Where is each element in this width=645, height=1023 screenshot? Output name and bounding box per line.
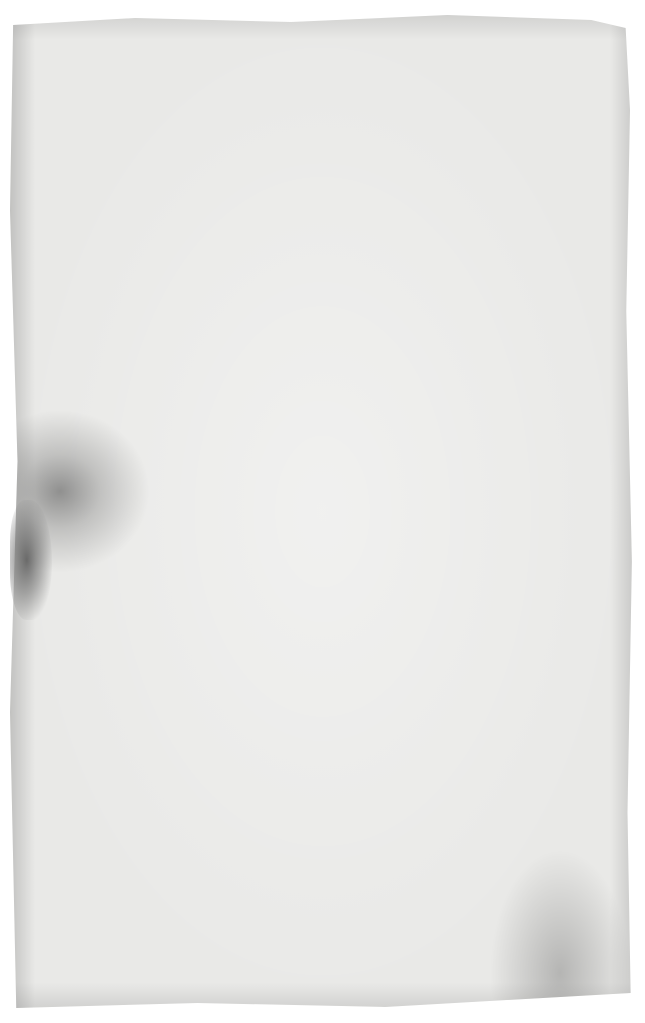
will-document-page: [10, 10, 635, 1013]
paper-stain: [10, 500, 52, 620]
